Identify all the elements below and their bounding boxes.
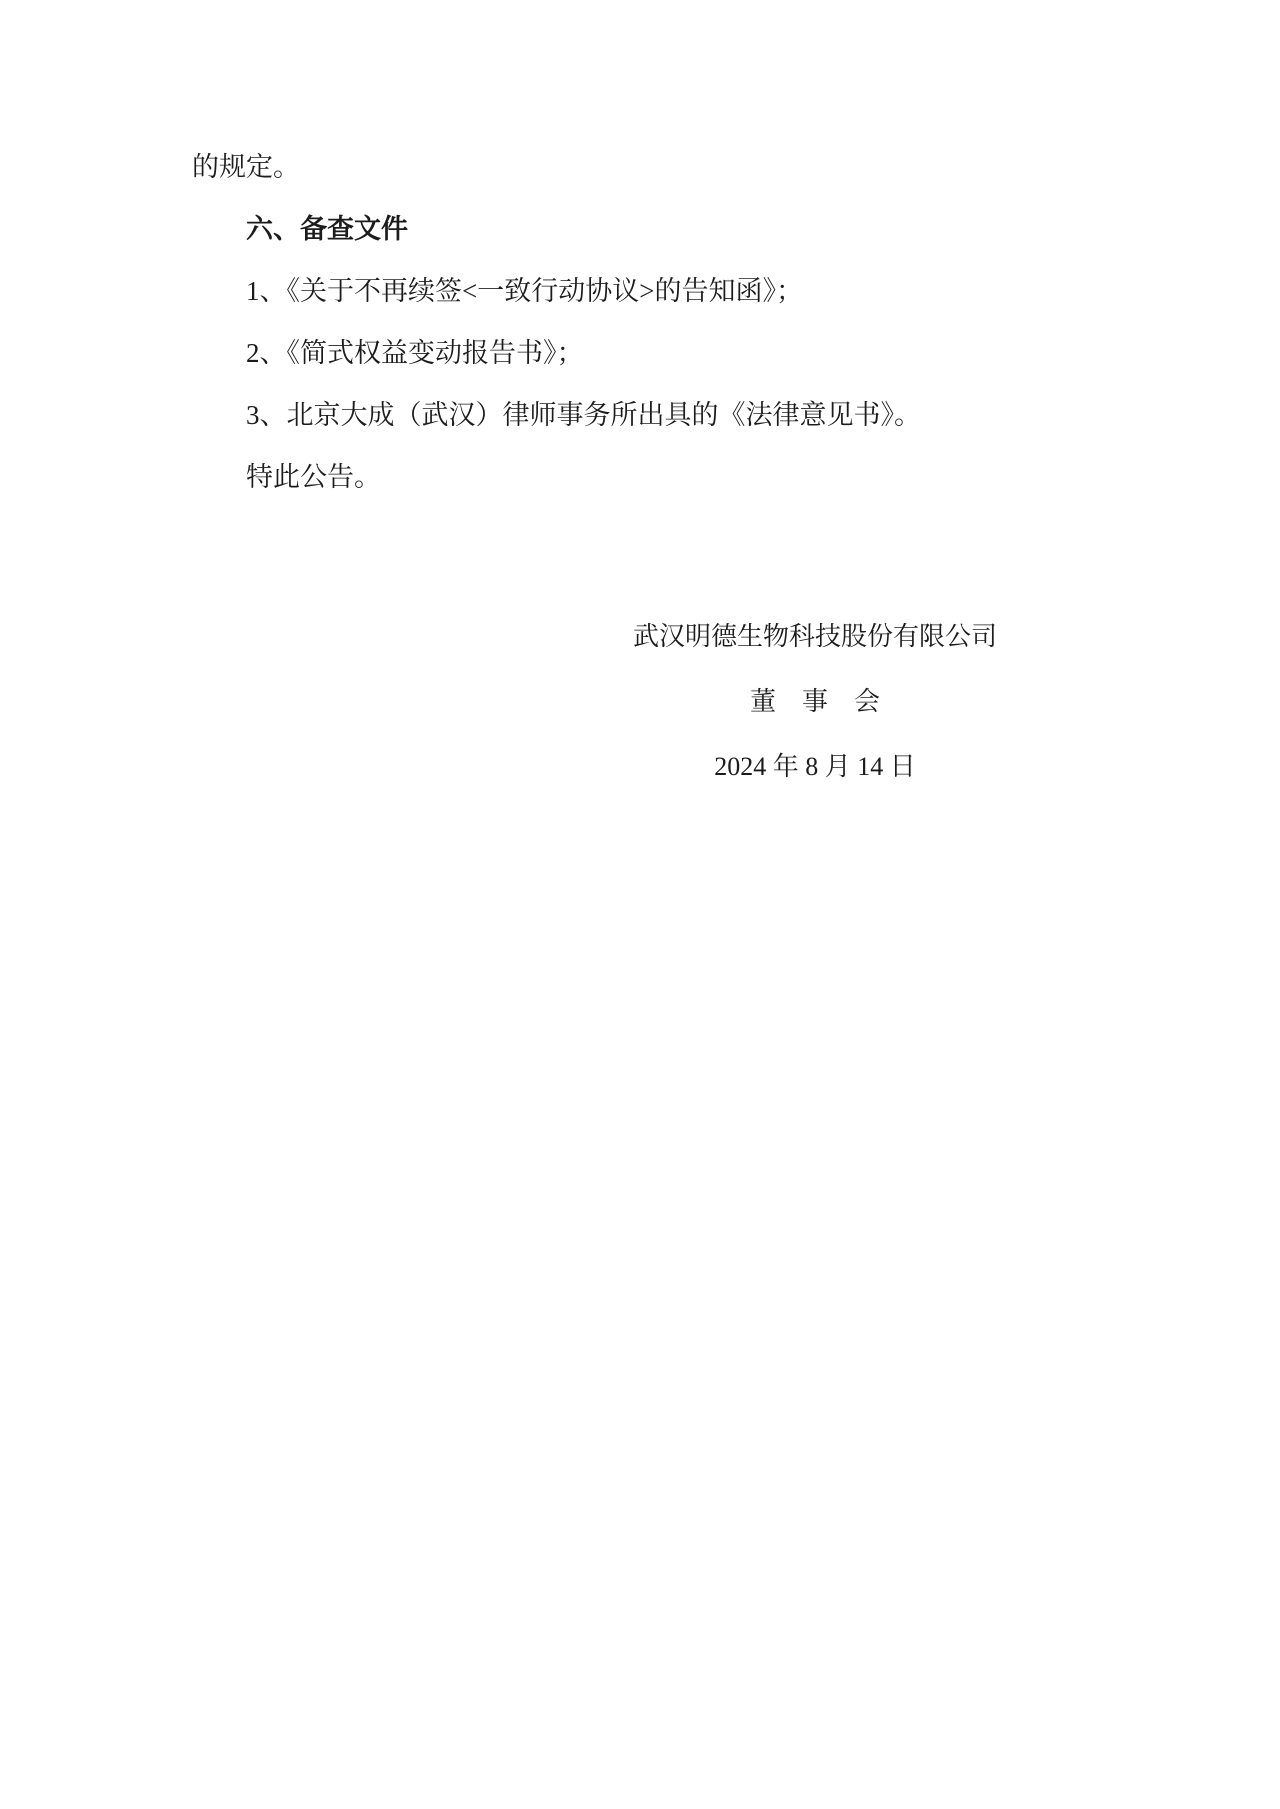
board-of-directors: 董 事 会 [355, 687, 1275, 717]
closing-announcement: 特此公告。 [192, 462, 1102, 492]
announcement-date: 2024 年 8 月 14 日 [355, 752, 1275, 782]
company-name: 武汉明德生物科技股份有限公司 [355, 622, 1275, 652]
document-page: 的规定。 六、备查文件 1、《关于不再续签<一致行动协议>的告知函》； 2、《简… [0, 0, 1280, 1809]
list-item-1-notice-letter: 1、《关于不再续签<一致行动协议>的告知函》； [192, 276, 1102, 306]
document-body: 的规定。 六、备查文件 1、《关于不再续签<一致行动协议>的告知函》； 2、《简… [192, 152, 1102, 524]
paragraph-regulation-end: 的规定。 [192, 152, 1102, 182]
signature-block: 武汉明德生物科技股份有限公司 董 事 会 2024 年 8 月 14 日 [355, 622, 1275, 817]
section-heading-reference-documents: 六、备查文件 [192, 214, 1102, 244]
list-item-2-equity-change-report: 2、《简式权益变动报告书》； [192, 338, 1102, 368]
list-item-3-legal-opinion: 3、北京大成（武汉）律师事务所出具的《法律意见书》。 [192, 400, 1102, 430]
